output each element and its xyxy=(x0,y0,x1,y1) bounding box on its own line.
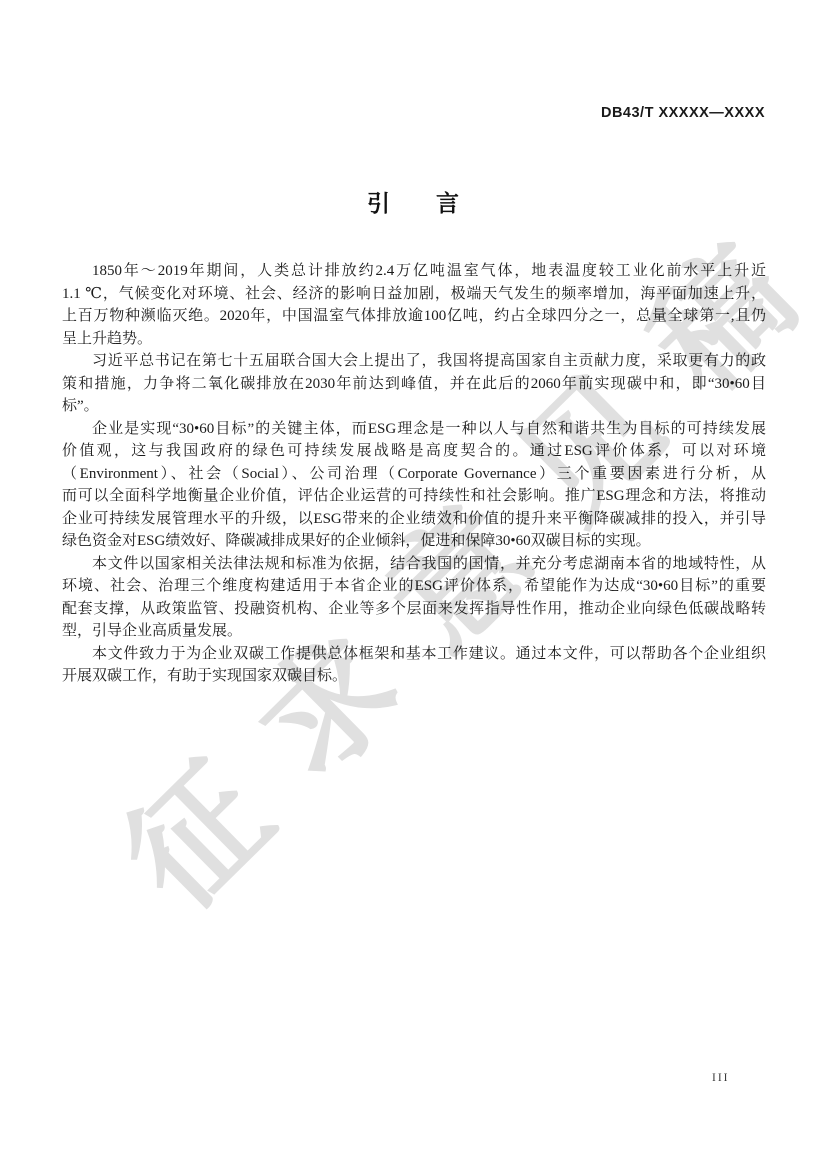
paragraph-line: 标”。 xyxy=(62,395,766,418)
paragraph-line: （Environment）、社会（Social）、公司治理（Corporate … xyxy=(62,463,766,486)
page-number: III xyxy=(712,1072,730,1084)
paragraph-line: 企业可持续发展管理水平的升级，以ESG带来的企业绩效和价值的提升来平衡降碳减排的… xyxy=(62,508,766,531)
paragraph-line: 1.1 ℃，气候变化对环境、社会、经济的影响日益加剧，极端天气发生的频率增加，海… xyxy=(62,283,766,306)
body-text: 1850年～2019年期间，人类总计排放约2.4万亿吨温室气体，地表温度较工业化… xyxy=(62,260,766,688)
paragraph-line: 上百万物种濒临灭绝。2020年，中国温室气体排放逾100亿吨，约占全球四分之一，… xyxy=(62,305,766,328)
paragraph-line: 绿色资金对ESG绩效好、降碳减排成果好的企业倾斜，促进和保障30•60双碳目标的… xyxy=(62,530,766,553)
paragraph-line: 企业是实现“30•60目标”的关键主体，而ESG理念是一种以人与自然和谐共生为目… xyxy=(62,418,766,441)
standard-code: DB43/T XXXXX—XXXX xyxy=(601,105,765,121)
paragraph-line: 型，引导企业高质量发展。 xyxy=(62,620,766,643)
paragraph-line: 习近平总书记在第七十五届联合国大会上提出了，我国将提高国家自主贡献力度，采取更有… xyxy=(62,350,766,373)
paragraph-line: 本文件以国家相关法律法规和标准为依据，结合我国的国情，并充分考虑湖南本省的地域特… xyxy=(62,553,766,576)
paragraph-line: 1850年～2019年期间，人类总计排放约2.4万亿吨温室气体，地表温度较工业化… xyxy=(62,260,766,283)
paragraph-line: 价值观，这与我国政府的绿色可持续发展战略是高度契合的。通过ESG评价体系，可以对… xyxy=(62,440,766,463)
paragraph-line: 呈上升趋势。 xyxy=(62,328,766,351)
paragraph-line: 配套支撑，从政策监管、投融资机构、企业等多个层面来发挥指导性作用，推动企业向绿色… xyxy=(62,598,766,621)
document-page: 征求意见稿 DB43/T XXXXX—XXXX 引 言 1850年～2019年期… xyxy=(0,0,826,1169)
section-title: 引 言 xyxy=(0,185,826,218)
paragraph-line: 开展双碳工作，有助于实现国家双碳目标。 xyxy=(62,665,766,688)
paragraph-line: 本文件致力于为企业双碳工作提供总体框架和基本工作建议。通过本文件，可以帮助各个企… xyxy=(62,643,766,666)
paragraph-line: 策和措施，力争将二氧化碳排放在2030年前达到峰值，并在此后的2060年前实现碳… xyxy=(62,373,766,396)
paragraph-line: 而可以全面科学地衡量企业价值，评估企业运营的可持续性和社会影响。推广ESG理念和… xyxy=(62,485,766,508)
paragraph-line: 环境、社会、治理三个维度构建适用于本省企业的ESG评价体系，希望能作为达成“30… xyxy=(62,575,766,598)
